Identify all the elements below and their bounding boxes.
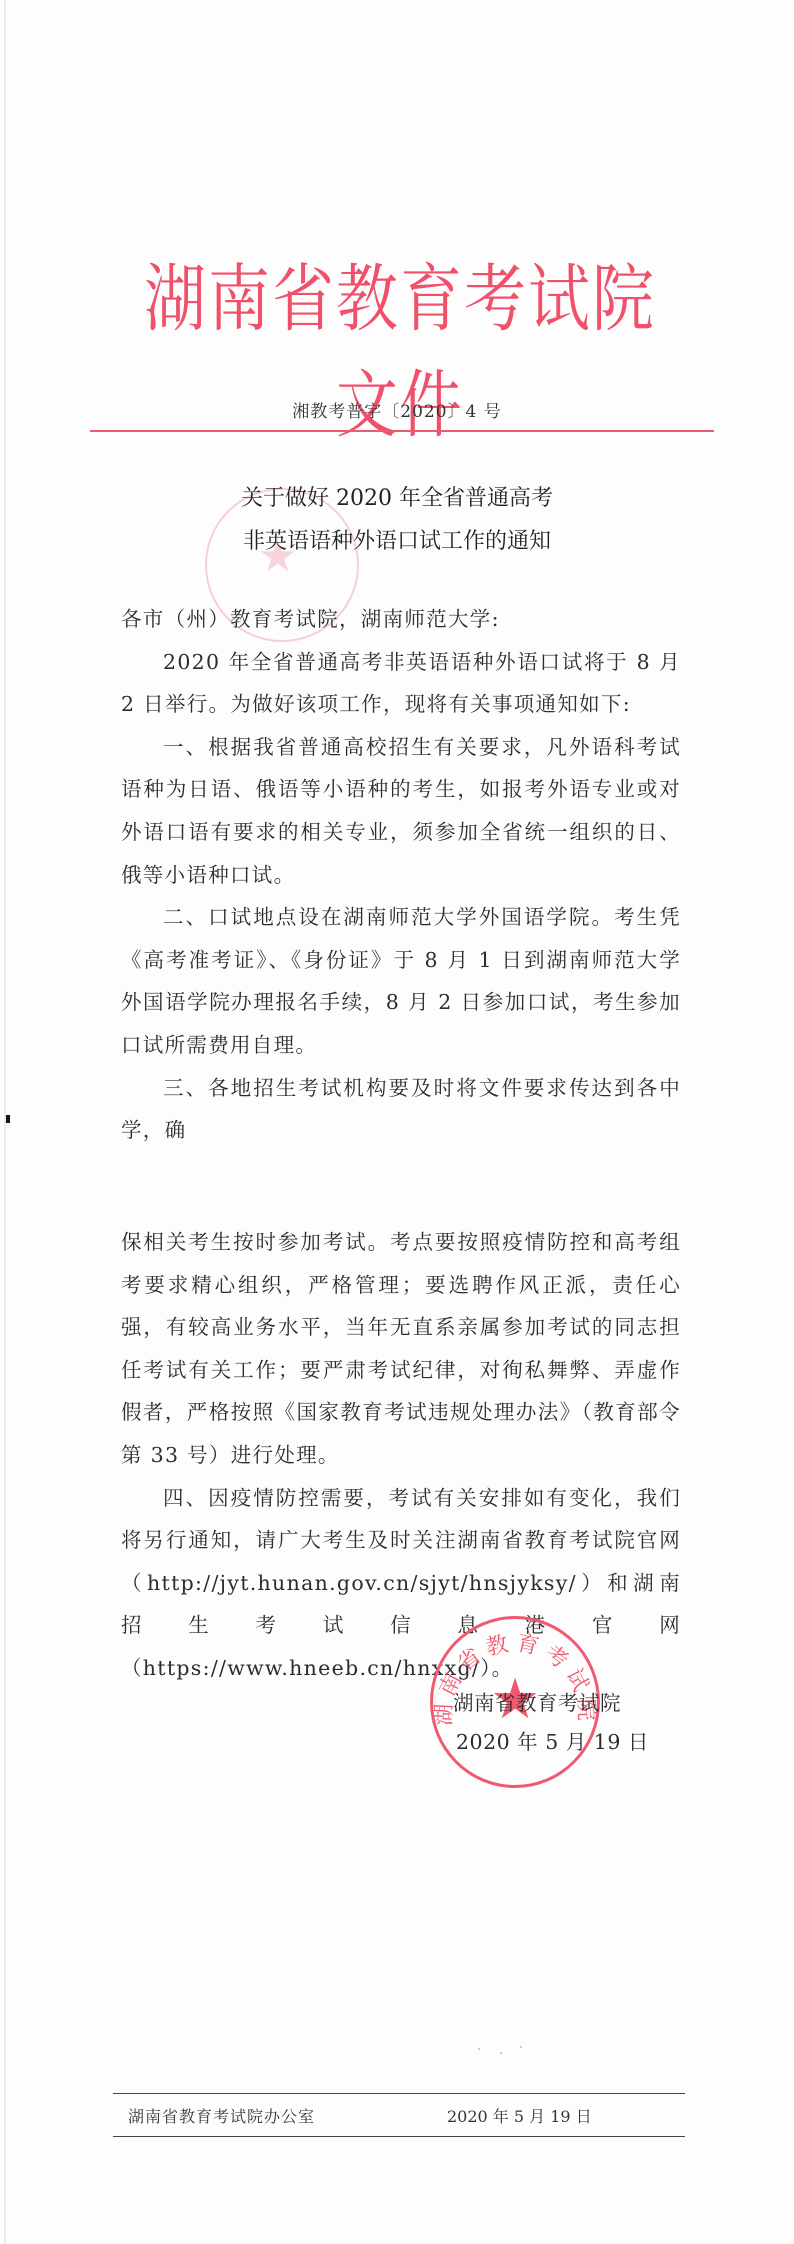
- scan-speck: [500, 2052, 502, 2054]
- intro-paragraph: 2020 年全省普通高考非英语语种外语口试将于 8 月 2 日举行。为做好该项工…: [121, 641, 681, 726]
- footer-date: 2020 年 5 月 19 日: [447, 2104, 592, 2127]
- signature-organization: 湖南省教育考试院: [453, 1686, 621, 1716]
- item-3-continued: 保相关考生按时参加考试。考点要按照疫情防控和高考组考要求精心组织，严格管理；要选…: [121, 1221, 681, 1477]
- footer-rule-bottom: [113, 2136, 685, 2137]
- scan-speck: [520, 2046, 522, 2048]
- signature-date: 2020 年 5 月 19 日: [456, 1725, 649, 1755]
- scan-mark: [6, 1115, 10, 1123]
- item-3-start: 三、各地招生考试机构要及时将文件要求传达到各中学，确: [121, 1067, 681, 1152]
- scan-speck: [478, 2048, 480, 2050]
- masthead-title: 湖南省教育考试院文件: [120, 246, 680, 458]
- notice-title-line1: 关于做好 2020 年全省普通高考: [0, 478, 794, 520]
- item-1: 一、根据我省普通高校招生有关要求，凡外语科考试语种为日语、俄语等小语种的考生，如…: [121, 726, 681, 896]
- item-2: 二、口试地点设在湖南师范大学外国语学院。考生凭《高考准考证》、《身份证》于 8 …: [121, 896, 681, 1066]
- red-divider: [90, 430, 714, 432]
- notice-title-line2: 非英语语种外语口试工作的通知: [0, 521, 794, 563]
- document-number: 湘教考普字〔2020〕4 号: [0, 397, 794, 422]
- addressee: 各市（州）教育考试院，湖南师范大学:: [121, 598, 681, 641]
- footer-rule-top: [113, 2093, 685, 2094]
- body-section-page1: 各市（州）教育考试院，湖南师范大学: 2020 年全省普通高考非英语语种外语口试…: [121, 598, 681, 1152]
- footer-issuer: 湖南省教育考试院办公室: [128, 2104, 315, 2127]
- document-page: 湖南省教育考试院文件 湘教考普字〔2020〕4 号 ★ 关于做好 2020 年全…: [0, 0, 794, 2244]
